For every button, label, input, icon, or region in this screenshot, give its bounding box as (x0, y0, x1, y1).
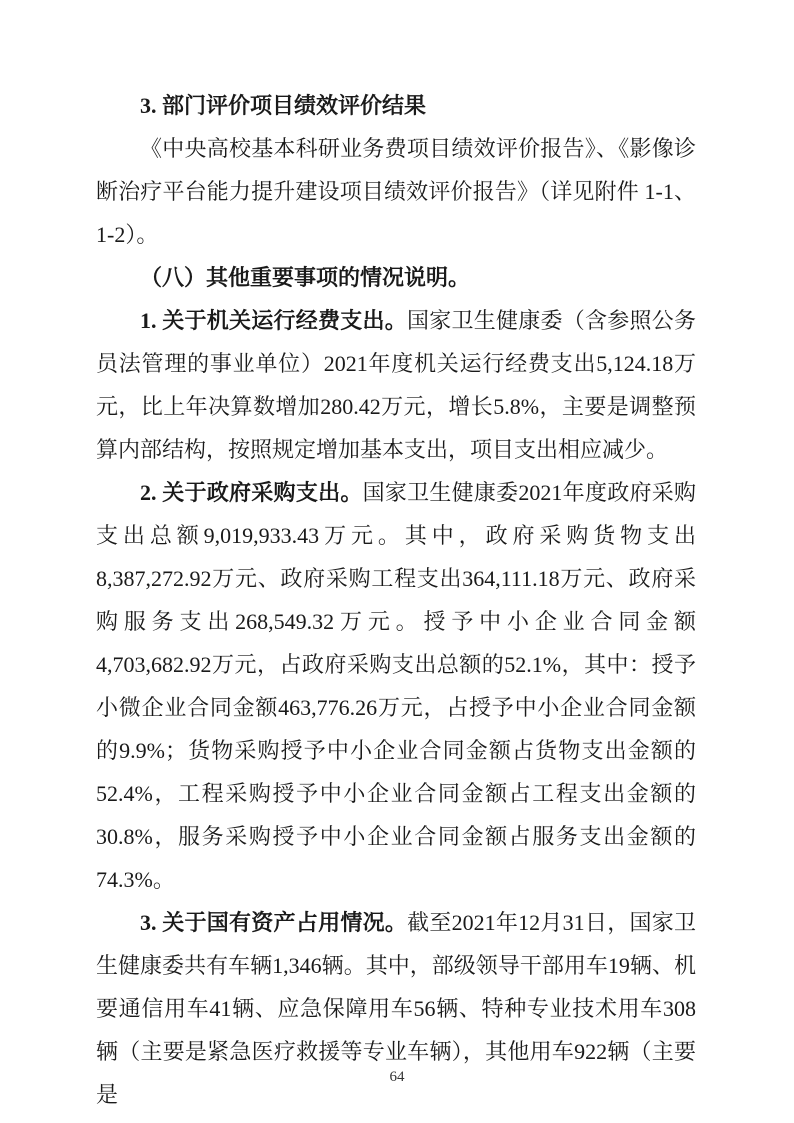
paragraph-lead-operating-expenses: 1. 关于机关运行经费支出。 (140, 308, 407, 333)
paragraph-lead-state-assets: 3. 关于国有资产占用情况。 (140, 910, 407, 935)
heading-other-important-matters: （八）其他重要事项的情况说明。 (96, 256, 696, 299)
document-page: 3. 部门评价项目绩效评价结果 《中央高校基本科研业务费项目绩效评价报告》、《影… (0, 0, 794, 1123)
heading-dept-evaluation-results: 3. 部门评价项目绩效评价结果 (96, 84, 696, 127)
paragraph-agency-operating-expenses: 1. 关于机关运行经费支出。国家卫生健康委（含参照公务员法管理的事业单位）202… (96, 299, 696, 471)
page-content: 3. 部门评价项目绩效评价结果 《中央高校基本科研业务费项目绩效评价报告》、《影… (96, 84, 696, 1116)
paragraph-lead-government-procurement: 2. 关于政府采购支出。 (140, 480, 363, 505)
paragraph-government-procurement: 2. 关于政府采购支出。国家卫生健康委2021年度政府采购支出总额9,019,9… (96, 471, 696, 901)
paragraph-body-government-procurement: 国家卫生健康委2021年度政府采购支出总额9,019,933.43万元。其中，政… (96, 480, 696, 892)
page-number: 64 (0, 1066, 794, 1088)
paragraph-evaluation-reports: 《中央高校基本科研业务费项目绩效评价报告》、《影像诊断治疗平台能力提升建设项目绩… (96, 127, 696, 256)
